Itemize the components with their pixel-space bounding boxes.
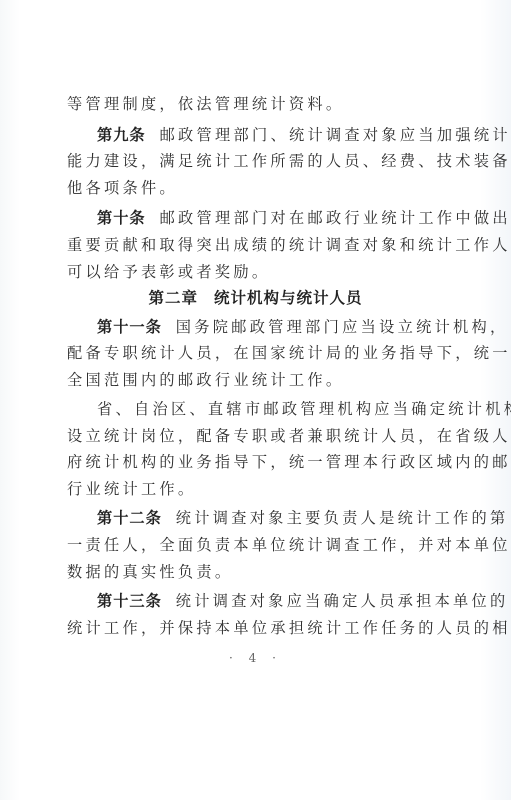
paragraph-first-line: 省、自治区、直辖市邮政管理机构应当确定统计机构，	[97, 398, 449, 420]
article-13-first-line: 第十三条统计调查对象应当确定人员承担本单位的	[97, 590, 449, 612]
page-number: · 4 ·	[0, 650, 511, 666]
paragraph-line: 统计工作，并保持本单位承担统计工作任务的人员的相对	[67, 617, 449, 639]
document-page: 等管理制度，依法管理统计资料。 第九条邮政管理部门、统计调查对象应当加强统计 能…	[0, 0, 511, 800]
article-text: 邮政管理部门、统计调查对象应当加强统计	[160, 126, 511, 144]
paragraph-line: 数据的真实性负责。	[67, 561, 449, 583]
paragraph-line: 重要贡献和取得突出成绩的统计调查对象和统计工作人员	[67, 234, 449, 256]
paragraph-line: 他各项条件。	[67, 177, 449, 199]
paragraph-line: 一责任人，全面负责本单位统计调查工作，并对本单位统计	[67, 534, 449, 556]
article-text: 统计调查对象主要负责人是统计工作的第	[176, 509, 509, 527]
paragraph-line: 配备专职统计人员，在国家统计局的业务指导下，统一管理	[67, 342, 449, 364]
chapter-title: 统计机构与统计人员	[214, 289, 363, 307]
article-11-first-line: 第十一条国务院邮政管理部门应当设立统计机构，	[97, 316, 449, 338]
article-number: 第十一条	[97, 318, 162, 336]
article-text: 邮政管理部门对在邮政行业统计工作中做出	[160, 209, 511, 227]
chapter-number: 第二章	[148, 289, 198, 307]
article-text: 国务院邮政管理部门应当设立统计机构，	[176, 318, 509, 336]
paragraph-line: 府统计机构的业务指导下，统一管理本行政区域内的邮政	[67, 451, 449, 473]
article-number: 第九条	[97, 126, 146, 144]
article-number: 第十三条	[97, 592, 162, 610]
article-number: 第十二条	[97, 509, 162, 527]
article-text: 统计调查对象应当确定人员承担本单位的	[176, 592, 509, 610]
chapter-heading: 第二章统计机构与统计人员	[0, 287, 511, 309]
paragraph-line: 设立统计岗位，配备专职或者兼职统计人员，在省级人民政	[67, 425, 449, 447]
article-9-first-line: 第九条邮政管理部门、统计调查对象应当加强统计	[97, 124, 449, 146]
article-10-first-line: 第十条邮政管理部门对在邮政行业统计工作中做出	[97, 207, 449, 229]
paragraph-line: 全国范围内的邮政行业统计工作。	[67, 369, 449, 391]
article-12-first-line: 第十二条统计调查对象主要负责人是统计工作的第	[97, 507, 449, 529]
paragraph-line: 行业统计工作。	[67, 478, 449, 500]
article-number: 第十条	[97, 209, 146, 227]
paragraph-line: 等管理制度，依法管理统计资料。	[67, 93, 449, 115]
paragraph-line: 能力建设，满足统计工作所需的人员、经费、技术装备和其	[67, 150, 449, 172]
paragraph-line: 可以给予表彰或者奖励。	[67, 261, 449, 283]
